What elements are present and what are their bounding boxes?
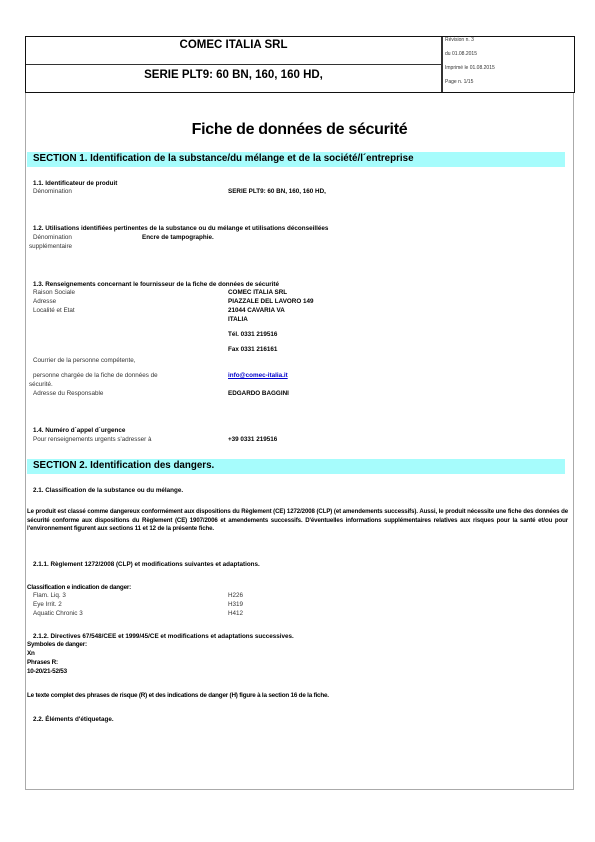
header-revision-date: du 01.08.2015 <box>445 51 477 57</box>
subsection-1-4-title: 1.4. Numéro d´appel d´urgence <box>33 427 125 434</box>
header-page-number: Page n. 1/15 <box>445 79 473 85</box>
hazard-code-2: H319 <box>228 601 243 608</box>
subsection-1-1-title: 1.1. Identificateur de produit <box>33 180 117 187</box>
symbols-value: Xn <box>27 650 35 657</box>
emergency-label: Pour renseignements urgents s'adresser à <box>33 436 151 443</box>
denomination-label: Dénomination <box>33 188 72 195</box>
denomination-supp-label-2: supplémentaire <box>29 243 72 250</box>
denomination-supp-value: Encre de tampographie. <box>142 234 214 241</box>
section-2-heading: SECTION 2. Identification des dangers. <box>27 459 565 474</box>
denomination-value: SERIE PLT9: 60 BN, 160, 160 HD, <box>228 188 326 195</box>
classification-heading: Classification e indication de danger: <box>27 584 131 591</box>
header-company: COMEC ITALIA SRL <box>26 39 441 51</box>
document-title: Fiche de données de sécurité <box>25 121 574 139</box>
subsection-1-3-title: 1.3. Renseignements concernant le fourni… <box>33 281 279 288</box>
subsection-2-1-2-title: 2.1.2. Directives 67/548/CEE et 1999/45/… <box>33 633 294 640</box>
header-revision: Révision n. 3 <box>445 37 474 43</box>
hazard-code-1: H226 <box>228 592 243 599</box>
subsection-2-1-title: 2.1. Classification de la substance ou d… <box>33 487 183 494</box>
symbols-label: Symboles de danger: <box>27 641 87 648</box>
fax-value: Fax 0331 216161 <box>228 346 277 353</box>
section-1-heading: SECTION 1. Identification de la substanc… <box>27 152 565 167</box>
section-2-heading-text: SECTION 2. Identification des dangers. <box>33 460 214 471</box>
raison-sociale-value: COMEC ITALIA SRL <box>228 289 287 296</box>
country-value: ITALIA <box>228 316 248 323</box>
subsection-2-1-1-title: 2.1.1. Règlement 1272/2008 (CLP) et modi… <box>33 561 260 568</box>
header-divider-horizontal <box>26 64 441 65</box>
classification-paragraph: Le produit est classé comme dangereux co… <box>27 508 568 534</box>
subsection-2-2-title: 2.2. Éléments d'étiquetage. <box>33 716 114 723</box>
header-product: SERIE PLT9: 60 BN, 160, 160 HD, <box>26 69 441 81</box>
hazard-class-1: Flam. Liq. 3 <box>33 592 66 599</box>
telephone-value: Tél. 0331 219516 <box>228 331 277 338</box>
localite-value: 21044 CAVARIA VA <box>228 307 285 314</box>
hazard-code-3: H412 <box>228 610 243 617</box>
localite-label: Localité et Etat <box>33 307 75 314</box>
courrier-label: Courrier de la personne compétente, <box>33 357 136 364</box>
adresse-value: PIAZZALE DEL LAVORO 149 <box>228 298 314 305</box>
emergency-phone: +39 0331 219516 <box>228 436 277 443</box>
responsable-label: Adresse du Responsable <box>33 390 103 397</box>
phrases-label: Phrases R: <box>27 659 58 666</box>
denomination-supp-label: Dénomination <box>33 234 72 241</box>
section-1-heading-text: SECTION 1. Identification de la substanc… <box>33 153 414 164</box>
personne-label: personne chargée de la fiche de données … <box>33 372 158 379</box>
header-printed-date: Imprimé le 01.08.2015 <box>445 65 495 71</box>
email-link[interactable]: info@comec-italia.it <box>228 372 288 379</box>
hazard-class-3: Aquatic Chronic 3 <box>33 610 83 617</box>
responsable-value: EDGARDO BAGGINI <box>228 390 289 397</box>
header-divider-vertical <box>441 37 443 92</box>
document-header: COMEC ITALIA SRL SERIE PLT9: 60 BN, 160,… <box>25 36 575 93</box>
personne-label-2: sécurité. <box>29 381 53 388</box>
hazard-class-2: Eye Irrit. 2 <box>33 601 62 608</box>
full-text-note: Le texte complet des phrases de risque (… <box>27 692 329 699</box>
phrases-value: 10-20/21-52/53 <box>27 668 67 675</box>
raison-sociale-label: Raison Sociale <box>33 289 75 296</box>
subsection-1-2-title: 1.2. Utilisations identifiées pertinente… <box>33 225 328 232</box>
adresse-label: Adresse <box>33 298 56 305</box>
